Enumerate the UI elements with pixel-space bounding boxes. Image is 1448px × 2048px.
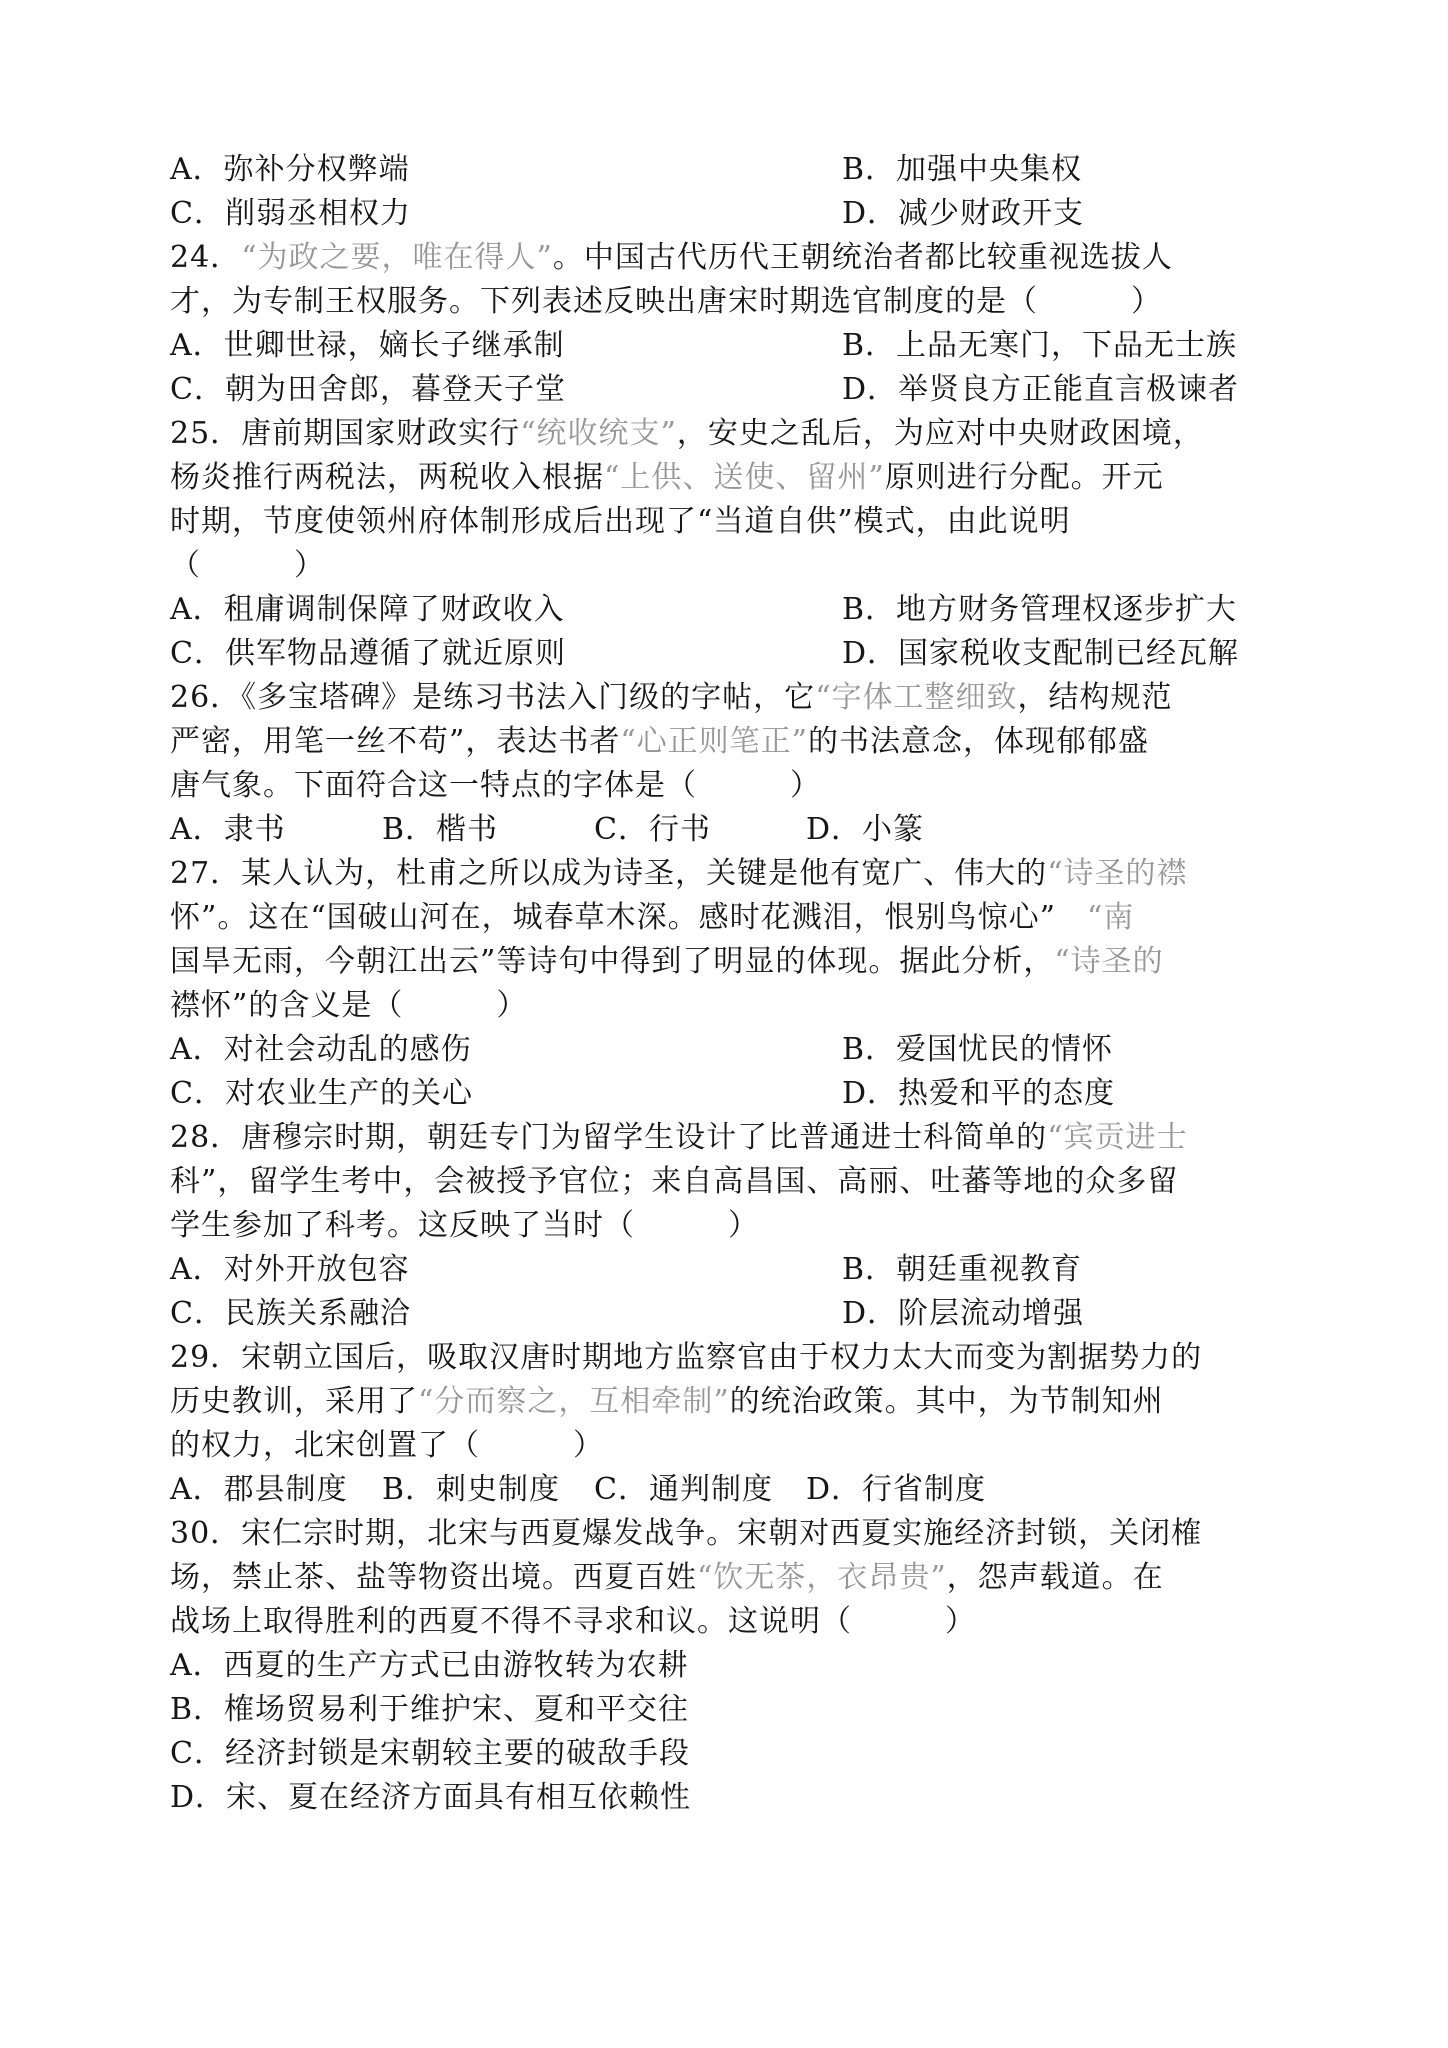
option-label: B．地方财务管理权逐步扩大 [842, 588, 1237, 632]
option-label: D．国家税收支配制已经瓦解 [842, 632, 1239, 676]
text-segment: 科”，留学生考中，会被授予官位；来自高昌国、高丽、吐蕃等地的众多留 [170, 1164, 1178, 1199]
q30-option-d: D．宋、夏在经济方面具有相互依赖性 [170, 1776, 1270, 1820]
q30-option-b: B．榷场贸易利于维护宋、夏和平交往 [170, 1688, 1270, 1732]
option-label: B．上品无寒门，下品无士族 [842, 324, 1237, 368]
option-label: D．行省制度 [806, 1468, 986, 1512]
q30-line-2: 场，禁止茶、盐等物资出境。西夏百姓“饮无茶，衣昂贵”，怨声载道。在 [170, 1556, 1270, 1600]
q26-line-1: 26．《多宝塔碑》是练习书法入门级的字帖，它“字体工整细致，结构规范 [170, 676, 1270, 720]
option-label: D．减少财政开支 [842, 192, 1084, 236]
text-segment: 时期，节度使领州府体制形成后出现了“当道自供”模式，由此说明 [170, 504, 1071, 539]
q28-option-row-ab: A．对外开放包容B．朝廷重视教育 [170, 1248, 1270, 1292]
text-segment: （ ） [170, 548, 325, 583]
text-segment: A．西夏的生产方式已由游牧转为农耕 [170, 1648, 689, 1683]
text-segment: 30．宋仁宗时期，北宋与西夏爆发战争。宋朝对西夏实施经济封锁，关闭榷 [170, 1516, 1202, 1551]
option-label: B．爱国忧民的情怀 [842, 1028, 1113, 1072]
option-label: B．朝廷重视教育 [842, 1248, 1082, 1292]
option-label: D．举贤良方正能直言极谏者 [842, 368, 1239, 412]
text-segment: ，安史之乱后，为应对中央财政困境， [677, 416, 1204, 451]
option-label: B．刺史制度 [382, 1468, 594, 1512]
q30-option-c: C．经济封锁是宋朝较主要的破敌手段 [170, 1732, 1270, 1776]
text-segment: 杨炎推行两税法，两税收入根据 [170, 460, 604, 495]
text-segment: 26．《多宝塔碑》是练习书法入门级的字帖，它 [170, 680, 815, 715]
quoted-phrase: “字体工整细致 [815, 680, 1017, 715]
quoted-phrase: “心正则笔正” [620, 724, 808, 759]
option-label: C．削弱丞相权力 [170, 192, 842, 236]
text-segment: C．经济封锁是宋朝较主要的破敌手段 [170, 1736, 690, 1771]
quoted-phrase: “诗圣的 [1054, 944, 1163, 979]
quoted-phrase: “上供、送使、留州” [604, 460, 885, 495]
quoted-phrase: “分而察之，互相牵制” [418, 1384, 730, 1419]
option-label: A．郡县制度 [170, 1468, 382, 1512]
option-label: C．民族关系融洽 [170, 1292, 842, 1336]
quoted-phrase: “为政之要，唯在得人” [241, 240, 553, 275]
q30-line-1: 30．宋仁宗时期，北宋与西夏爆发战争。宋朝对西夏实施经济封锁，关闭榷 [170, 1512, 1270, 1556]
text-segment: 27．某人认为，杜甫之所以成为诗圣，关键是他有宽广、伟大的 [170, 856, 1047, 891]
text-segment: 的书法意念，体现郁郁盛 [808, 724, 1149, 759]
q25-line-3: 时期，节度使领州府体制形成后出现了“当道自供”模式，由此说明 [170, 500, 1270, 544]
q25-option-row-cd: C．供军物品遵循了就近原则D．国家税收支配制已经瓦解 [170, 632, 1270, 676]
text-segment: 25．唐前期国家财政实行 [170, 416, 520, 451]
option-label: A．世卿世禄，嫡长子继承制 [170, 324, 842, 368]
option-label: B．楷书 [382, 808, 594, 852]
option-label: C．行书 [594, 808, 806, 852]
q25-line-2: 杨炎推行两税法，两税收入根据“上供、送使、留州”原则进行分配。开元 [170, 456, 1270, 500]
text-segment: 24． [170, 240, 241, 275]
q30-line-3: 战场上取得胜利的西夏不得不寻求和议。这说明（ ） [170, 1600, 1270, 1644]
quoted-phrase: “诗圣的襟 [1047, 856, 1187, 891]
text-segment: 的统治政策。其中，为节制知州 [730, 1384, 1164, 1419]
q24-option-row-ab: A．世卿世禄，嫡长子继承制B．上品无寒门，下品无士族 [170, 324, 1270, 368]
text-segment: 襟怀”的含义是（ ） [170, 988, 527, 1023]
text-segment: 场，禁止茶、盐等物资出境。西夏百姓 [170, 1560, 697, 1595]
option-label: D．小篆 [806, 808, 924, 852]
q30-option-a: A．西夏的生产方式已由游牧转为农耕 [170, 1644, 1270, 1688]
q24-option-row-cd: C．朝为田舍郎，暮登天子堂D．举贤良方正能直言极谏者 [170, 368, 1270, 412]
q24-line-1: 24．“为政之要，唯在得人”。中国古代历代王朝统治者都比较重视选拔人 [170, 236, 1270, 280]
text-segment: 怀”。这在“国破山河在，城春草木深。感时花溅泪，恨别鸟惊心” [170, 900, 1087, 935]
text-segment: 的权力，北宋创置了（ ） [170, 1428, 604, 1463]
q26-line-3: 唐气象。下面符合这一特点的字体是（ ） [170, 764, 1270, 808]
q27-line-1: 27．某人认为，杜甫之所以成为诗圣，关键是他有宽广、伟大的“诗圣的襟 [170, 852, 1270, 896]
q26-option-row: A．隶书B．楷书C．行书D．小篆 [170, 808, 1270, 852]
q25-line-4: （ ） [170, 544, 1270, 588]
q28-line-3: 学生参加了科考。这反映了当时（ ） [170, 1204, 1270, 1248]
text-segment: 国旱无雨，今朝江出云”等诗句中得到了明显的体现。据此分析， [170, 944, 1054, 979]
text-segment: 唐气象。下面符合这一特点的字体是（ ） [170, 768, 821, 803]
q25-line-1: 25．唐前期国家财政实行“统收统支”，安史之乱后，为应对中央财政困境， [170, 412, 1270, 456]
text-segment: 学生参加了科考。这反映了当时（ ） [170, 1208, 759, 1243]
question-list: A．弥补分权弊端B．加强中央集权C．削弱丞相权力D．减少财政开支24．“为政之要… [170, 148, 1270, 1820]
text-segment: ，结构规范 [1018, 680, 1173, 715]
option-label: A．租庸调制保障了财政收入 [170, 588, 842, 632]
q27-line-2: 怀”。这在“国破山河在，城春草木深。感时花溅泪，恨别鸟惊心” “南 [170, 896, 1270, 940]
text-segment: 原则进行分配。开元 [885, 460, 1164, 495]
option-label: A．对外开放包容 [170, 1248, 842, 1292]
text-segment: 才，为专制王权服务。下列表述反映出唐宋时期选官制度的是（ ） [170, 284, 1162, 319]
option-label: D．热爱和平的态度 [842, 1072, 1115, 1116]
option-label: C．供军物品遵循了就近原则 [170, 632, 842, 676]
quoted-phrase: “宾贡进士 [1047, 1120, 1187, 1155]
quoted-phrase: “饮无茶，衣昂贵” [697, 1560, 947, 1595]
exam-document-page: A．弥补分权弊端B．加强中央集权C．削弱丞相权力D．减少财政开支24．“为政之要… [0, 0, 1448, 2048]
text-segment: 。中国古代历代王朝统治者都比较重视选拔人 [553, 240, 1173, 275]
option-label: B．加强中央集权 [842, 148, 1082, 192]
q29-line-1: 29．宋朝立国后，吸取汉唐时期地方监察官由于权力太大而变为割据势力的 [170, 1336, 1270, 1380]
q29-line-2: 历史教训，采用了“分而察之，互相牵制”的统治政策。其中，为节制知州 [170, 1380, 1270, 1424]
option-label: C．朝为田舍郎，暮登天子堂 [170, 368, 842, 412]
text-segment: 历史教训，采用了 [170, 1384, 418, 1419]
quoted-phrase: “统收统支” [520, 416, 677, 451]
q29-option-row: A．郡县制度B．刺史制度C．通判制度D．行省制度 [170, 1468, 1270, 1512]
text-segment: D．宋、夏在经济方面具有相互依赖性 [170, 1780, 691, 1815]
q27-line-3: 国旱无雨，今朝江出云”等诗句中得到了明显的体现。据此分析，“诗圣的 [170, 940, 1270, 984]
q27-option-row-ab: A．对社会动乱的感伤B．爱国忧民的情怀 [170, 1028, 1270, 1072]
option-label: A．弥补分权弊端 [170, 148, 842, 192]
text-segment: ，怨声载道。在 [947, 1560, 1164, 1595]
option-label: A．隶书 [170, 808, 382, 852]
q24-line-2: 才，为专制王权服务。下列表述反映出唐宋时期选官制度的是（ ） [170, 280, 1270, 324]
q26-line-2: 严密，用笔一丝不苟”，表达书者“心正则笔正”的书法意念，体现郁郁盛 [170, 720, 1270, 764]
option-label: C．对农业生产的关心 [170, 1072, 842, 1116]
text-segment: B．榷场贸易利于维护宋、夏和平交往 [170, 1692, 689, 1727]
q27-option-row-cd: C．对农业生产的关心D．热爱和平的态度 [170, 1072, 1270, 1116]
q25-option-row-ab: A．租庸调制保障了财政收入B．地方财务管理权逐步扩大 [170, 588, 1270, 632]
q27-line-4: 襟怀”的含义是（ ） [170, 984, 1270, 1028]
quoted-phrase: “南 [1087, 900, 1134, 935]
q28-line-2: 科”，留学生考中，会被授予官位；来自高昌国、高丽、吐蕃等地的众多留 [170, 1160, 1270, 1204]
text-segment: 28．唐穆宗时期，朝廷专门为留学生设计了比普通进士科简单的 [170, 1120, 1047, 1155]
q28-line-1: 28．唐穆宗时期，朝廷专门为留学生设计了比普通进士科简单的“宾贡进士 [170, 1116, 1270, 1160]
option-label: C．通判制度 [594, 1468, 806, 1512]
q28-option-row-cd: C．民族关系融洽D．阶层流动增强 [170, 1292, 1270, 1336]
text-segment: 战场上取得胜利的西夏不得不寻求和议。这说明（ ） [170, 1604, 976, 1639]
q29-line-3: 的权力，北宋创置了（ ） [170, 1424, 1270, 1468]
option-label: D．阶层流动增强 [842, 1292, 1084, 1336]
q23-option-row-cd: C．削弱丞相权力D．减少财政开支 [170, 192, 1270, 236]
text-segment: 严密，用笔一丝不苟”，表达书者 [170, 724, 620, 759]
text-segment: 29．宋朝立国后，吸取汉唐时期地方监察官由于权力太大而变为割据势力的 [170, 1340, 1202, 1375]
option-label: A．对社会动乱的感伤 [170, 1028, 842, 1072]
q23-option-row-ab: A．弥补分权弊端B．加强中央集权 [170, 148, 1270, 192]
